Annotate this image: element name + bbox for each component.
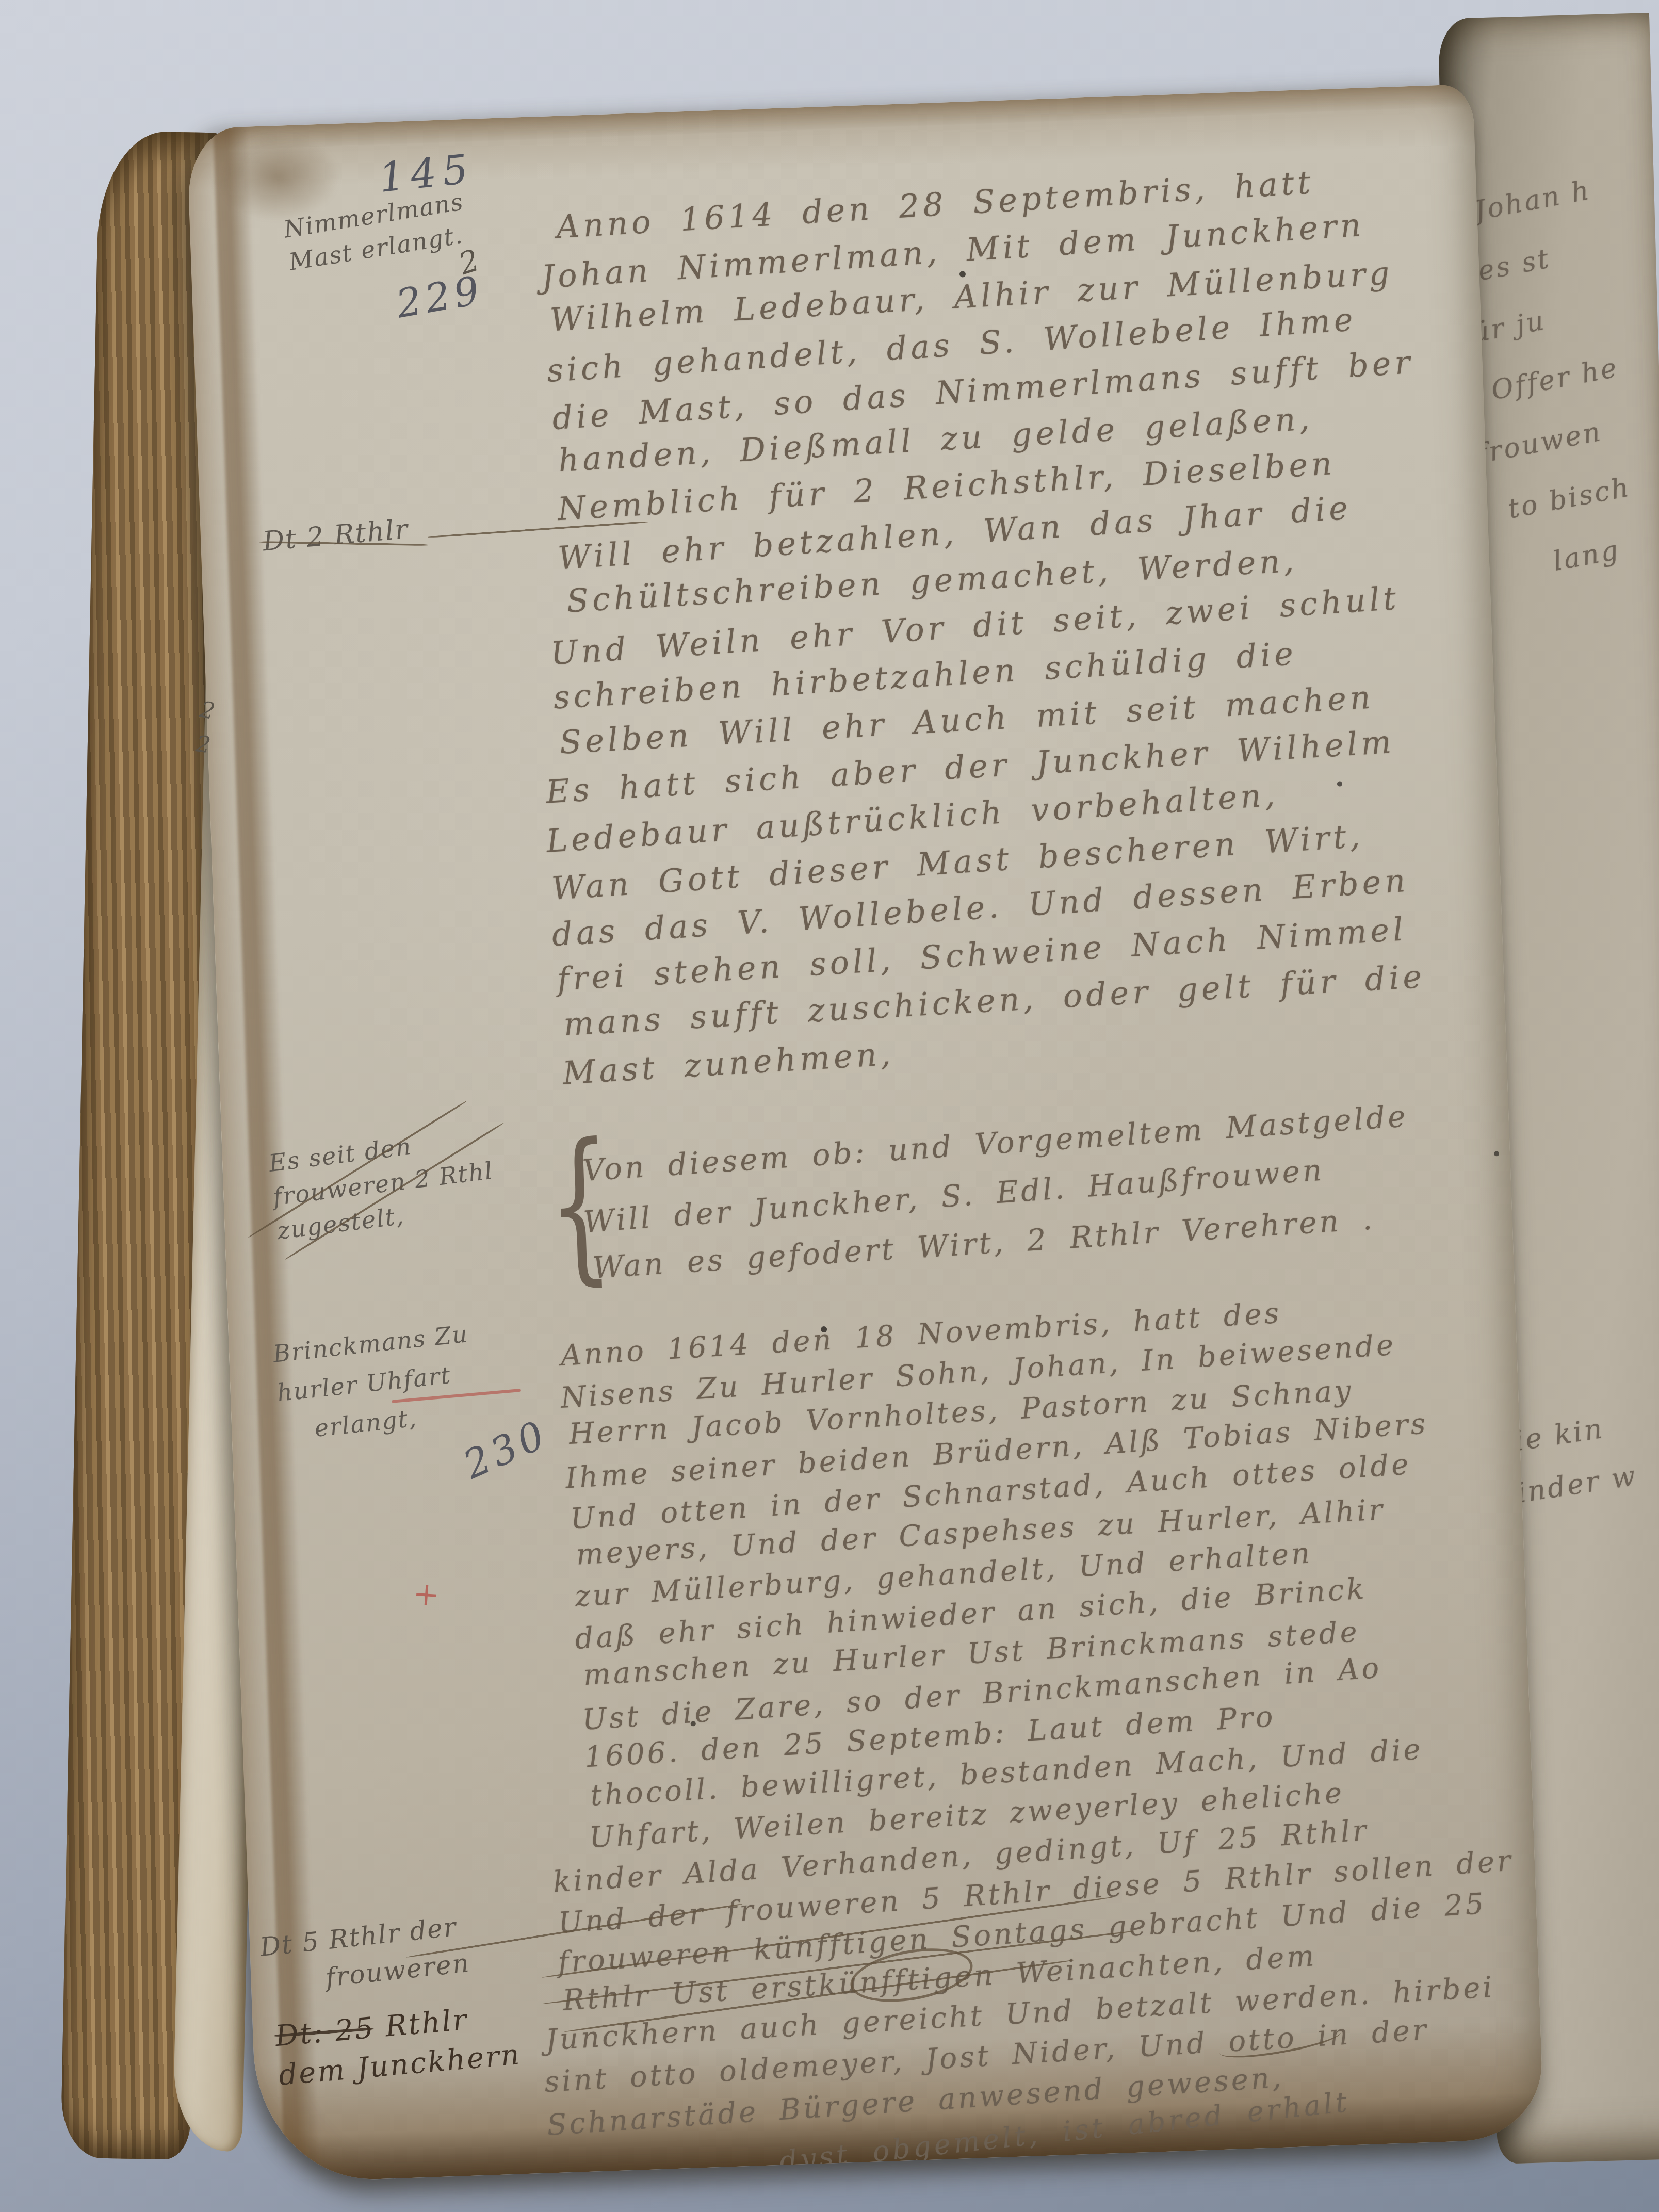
aside-text-block: Von diesem ob: und Vorgemeltem Mastgelde… xyxy=(581,1091,1416,1294)
margin-note-widow-payment: Es seit denfrouweren 2 Rthlzugestelt, xyxy=(267,1119,499,1248)
manuscript-photo: Johan hdes stfür juOffer hefrouwento bis… xyxy=(0,0,1659,2212)
margin-note-entry2: Brinckmans Zuhurler Uhfarterlangt, xyxy=(271,1314,478,1451)
red-cross-mark: + xyxy=(412,1574,441,1614)
manuscript-page: 145 2 NimmerlmansMast erlangt. 229 Anno … xyxy=(186,84,1544,2184)
section-number-229: 229 xyxy=(393,267,486,327)
payment-note-dt2: Dt 2 Rthlr xyxy=(262,514,410,558)
entry1-text-block: Anno 1614 den 28 Septembris, hattJohan N… xyxy=(540,149,1530,1095)
